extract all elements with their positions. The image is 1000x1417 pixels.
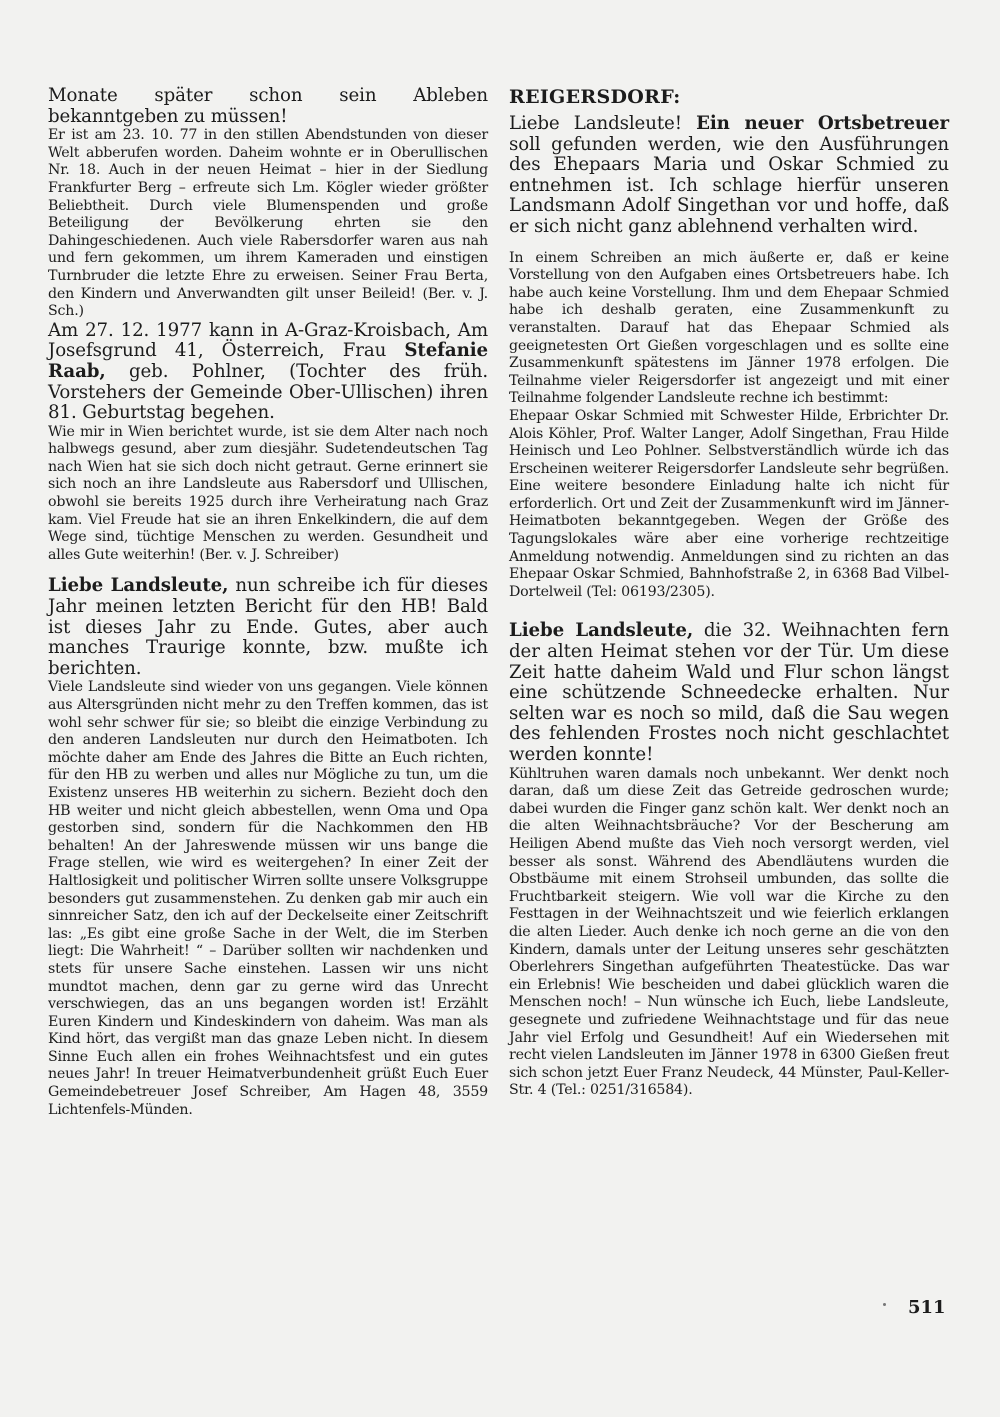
- print-speck: [883, 1303, 886, 1306]
- section-heading-reigersdorf: REIGERSDORF:: [509, 86, 949, 108]
- paragraph-obituary-intro: Monate später schon sein Ableben bekannt…: [48, 86, 488, 127]
- left-column: Monate später schon sein Ableben bekannt…: [48, 86, 488, 1119]
- paragraph-meeting-plan: In einem Schreiben an mich äußerte er, d…: [509, 250, 949, 408]
- paragraph-greeting-body: Viele Landsleute sind wieder von uns geg…: [48, 679, 488, 1119]
- paragraph-christmas-intro: Liebe Landsleute, die 32. Weihnachten fe…: [509, 621, 949, 765]
- page-number: 511: [908, 1297, 946, 1318]
- paragraph-obituary: Er ist am 23. 10. 77 in den stillen Aben…: [48, 127, 488, 321]
- paragraph-birthday-details: Wie mir in Wien berichtet wurde, ist sie…: [48, 424, 488, 565]
- paragraph-greeting-intro: Liebe Landsleute, nun schreibe ich für d…: [48, 576, 488, 679]
- paragraph-christmas-memories: Kühltruhen waren damals noch unbekannt. …: [509, 766, 949, 1100]
- right-column: REIGERSDORF: Liebe Landsleute! Ein neuer…: [509, 86, 949, 1100]
- paragraph-birthday-announcement: Am 27. 12. 1977 kann in A-Graz-Kroisbach…: [48, 321, 488, 424]
- paragraph-new-caretaker: Liebe Landsleute! Ein neuer Ortsbetreuer…: [509, 114, 949, 238]
- paragraph-attendees: Ehepaar Oskar Schmied mit Schwester Hild…: [509, 408, 949, 602]
